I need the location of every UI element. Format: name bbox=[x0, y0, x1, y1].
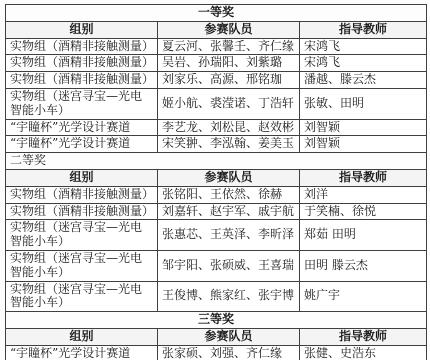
group-cell: 实物组（酒精非接触测量） bbox=[6, 38, 158, 55]
table-row: 实物组（酒精非接触测量）张铭阳、王依然、徐赫刘洋 bbox=[6, 186, 427, 203]
teacher-cell: 张健、史浩东 bbox=[300, 345, 427, 360]
column-header: 参赛队员 bbox=[158, 169, 300, 186]
group-cell: 实物组（迷宫寻宝—光电智能小车） bbox=[6, 220, 158, 251]
members-cell: 刘嘉轩、赵宇军、戚宇航 bbox=[158, 203, 300, 220]
group-cell: 实物组（迷宫寻宝—光电智能小车） bbox=[6, 281, 158, 312]
column-header: 组别 bbox=[6, 169, 158, 186]
teacher-cell: 宋鸿飞 bbox=[300, 38, 427, 55]
award-section-title-row: 二等奖 bbox=[6, 153, 427, 170]
group-cell: 实物组（酒精非接触测量） bbox=[6, 72, 158, 89]
table-row: 实物组（酒精非接触测量）刘嘉轩、赵宇军、戚宇航于笑楠、徐悦 bbox=[6, 203, 427, 220]
members-cell: 姬小航、裘滢诺、丁浩轩 bbox=[158, 88, 300, 119]
table-row: 实物组（迷宫寻宝—光电智能小车）张惠芯、王英泽、李昕泽郑茹 田明 bbox=[6, 220, 427, 251]
column-header: 参赛队员 bbox=[158, 21, 300, 38]
members-cell: 张铭阳、王依然、徐赫 bbox=[158, 186, 300, 203]
awards-table-body: 一等奖组别参赛队员指导教师实物组（酒精非接触测量）夏云河、张馨壬、齐仁缘宋鸿飞实… bbox=[6, 5, 427, 360]
table-row: 实物组（酒精非接触测量）夏云河、张馨壬、齐仁缘宋鸿飞 bbox=[6, 38, 427, 55]
award-section-title-row: 三等奖 bbox=[6, 312, 427, 329]
teacher-cell: 郑茹 田明 bbox=[300, 220, 427, 251]
members-cell: 李艺龙、刘松昆、赵效彬 bbox=[158, 119, 300, 136]
column-header-row: 组别参赛队员指导教师 bbox=[6, 169, 427, 186]
group-cell: “宇瞳杯”光学设计赛道 bbox=[6, 136, 158, 153]
column-header: 指导教师 bbox=[300, 169, 427, 186]
group-cell: 实物组（迷宫寻宝—光电智能小车） bbox=[6, 88, 158, 119]
table-row: 实物组（迷宫寻宝—光电智能小车）姬小航、裘滢诺、丁浩轩张敏、田明 bbox=[6, 88, 427, 119]
members-cell: 邹宇阳、张硕威、王喜瑞 bbox=[158, 250, 300, 281]
teacher-cell: 田明 滕云杰 bbox=[300, 250, 427, 281]
table-row: “宇瞳杯”光学设计赛道李艺龙、刘松昆、赵效彬刘智颖 bbox=[6, 119, 427, 136]
awards-table: 一等奖组别参赛队员指导教师实物组（酒精非接触测量）夏云河、张馨壬、齐仁缘宋鸿飞实… bbox=[5, 4, 427, 360]
group-cell: 实物组（酒精非接触测量） bbox=[6, 55, 158, 72]
table-row: 实物组（迷宫寻宝—光电智能小车）邹宇阳、张硕威、王喜瑞田明 滕云杰 bbox=[6, 250, 427, 281]
members-cell: 刘家乐、高源、邢铭珈 bbox=[158, 72, 300, 89]
column-header: 参赛队员 bbox=[158, 328, 300, 345]
column-header: 指导教师 bbox=[300, 21, 427, 38]
column-header: 组别 bbox=[6, 328, 158, 345]
members-cell: 张惠芯、王英泽、李昕泽 bbox=[158, 220, 300, 251]
award-title: 三等奖 bbox=[6, 312, 427, 329]
teacher-cell: 于笑楠、徐悦 bbox=[300, 203, 427, 220]
teacher-cell: 张敏、田明 bbox=[300, 88, 427, 119]
award-title: 二等奖 bbox=[6, 153, 427, 170]
table-row: 实物组（迷宫寻宝—光电智能小车）王俊博、熊家红、张宇博姚广宇 bbox=[6, 281, 427, 312]
teacher-cell: 潘越、滕云杰 bbox=[300, 72, 427, 89]
teacher-cell: 刘智颖 bbox=[300, 136, 427, 153]
column-header-row: 组别参赛队员指导教师 bbox=[6, 21, 427, 38]
award-title: 一等奖 bbox=[6, 5, 427, 22]
teacher-cell: 刘智颖 bbox=[300, 119, 427, 136]
group-cell: 实物组（酒精非接触测量） bbox=[6, 203, 158, 220]
column-header: 组别 bbox=[6, 21, 158, 38]
group-cell: “宇瞳杯”光学设计赛道 bbox=[6, 345, 158, 360]
column-header: 指导教师 bbox=[300, 328, 427, 345]
table-row: “宇瞳杯”光学设计赛道张家硕、刘强、齐仁缘张健、史浩东 bbox=[6, 345, 427, 360]
group-cell: 实物组（迷宫寻宝—光电智能小车） bbox=[6, 250, 158, 281]
members-cell: 吴岩、孙瑞阳、刘紫璐 bbox=[158, 55, 300, 72]
members-cell: 夏云河、张馨壬、齐仁缘 bbox=[158, 38, 300, 55]
members-cell: 张家硕、刘强、齐仁缘 bbox=[158, 345, 300, 360]
group-cell: “宇瞳杯”光学设计赛道 bbox=[6, 119, 158, 136]
members-cell: 王俊博、熊家红、张宇博 bbox=[158, 281, 300, 312]
column-header-row: 组别参赛队员指导教师 bbox=[6, 328, 427, 345]
teacher-cell: 刘洋 bbox=[300, 186, 427, 203]
table-row: 实物组（酒精非接触测量）刘家乐、高源、邢铭珈潘越、滕云杰 bbox=[6, 72, 427, 89]
table-row: 实物组（酒精非接触测量）吴岩、孙瑞阳、刘紫璐宋鸿飞 bbox=[6, 55, 427, 72]
teacher-cell: 宋鸿飞 bbox=[300, 55, 427, 72]
group-cell: 实物组（酒精非接触测量） bbox=[6, 186, 158, 203]
table-row: “宇瞳杯”光学设计赛道宋笑翀、李泓翰、姜美玉刘智颖 bbox=[6, 136, 427, 153]
members-cell: 宋笑翀、李泓翰、姜美玉 bbox=[158, 136, 300, 153]
award-section-title-row: 一等奖 bbox=[6, 5, 427, 22]
teacher-cell: 姚广宇 bbox=[300, 281, 427, 312]
document-page: 一等奖组别参赛队员指导教师实物组（酒精非接触测量）夏云河、张馨壬、齐仁缘宋鸿飞实… bbox=[0, 0, 430, 360]
